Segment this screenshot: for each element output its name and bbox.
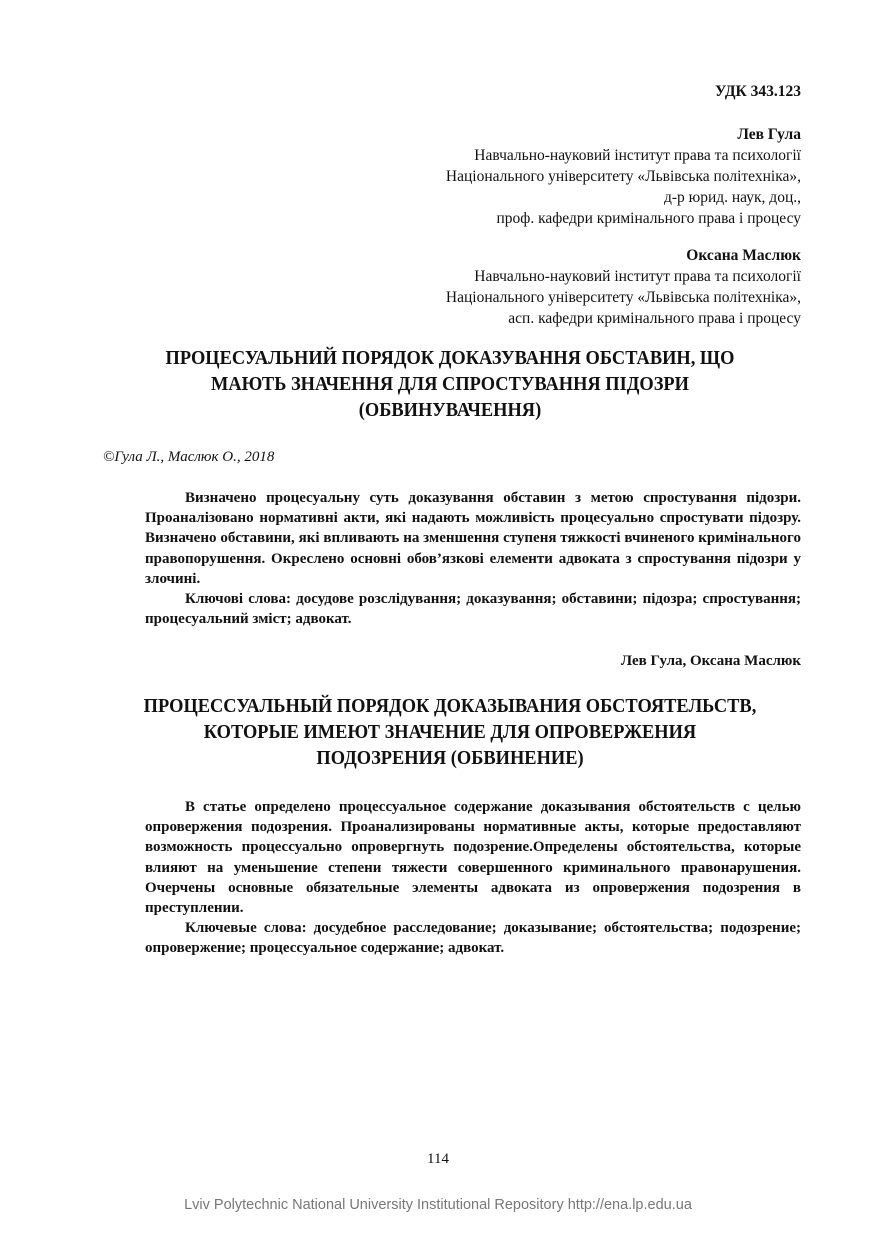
abstract-russian: В статье определено процессуальное содер… [145,797,801,959]
author-block-2: Оксана Маслюк Навчально-науковий інститу… [446,245,801,329]
abstract-ukrainian: Визначено процесуальну суть доказування … [145,488,801,629]
keywords: Ключові слова: досудове розслідування; д… [145,589,801,629]
repository-footer: Lviv Polytechnic National University Ins… [0,1197,876,1213]
page-number: 114 [0,1151,876,1168]
affiliation-line: асп. кафедри кримінального права і проце… [446,308,801,329]
title-line: КОТОРЫЕ ИМЕЮТ ЗНАЧЕНИЕ ДЛЯ ОПРОВЕРЖЕНИЯ [119,719,781,745]
affiliation-line: Навчально-науковий інститут права та пси… [446,145,801,166]
author-name: Оксана Маслюк [446,245,801,266]
article-title-ukrainian: ПРОЦЕСУАЛЬНИЙ ПОРЯДОК ДОКАЗУВАННЯ ОБСТАВ… [128,345,772,423]
title-line: (ОБВИНУВАЧЕННЯ) [128,397,772,423]
title-line: ПРОЦЕСУАЛЬНИЙ ПОРЯДОК ДОКАЗУВАННЯ ОБСТАВ… [128,345,772,371]
title-line: МАЮТЬ ЗНАЧЕННЯ ДЛЯ СПРОСТУВАННЯ ПІДОЗРИ [128,371,772,397]
affiliation-line: Національного університету «Львівська по… [446,287,801,308]
title-line: ПРОЦЕССУАЛЬНЫЙ ПОРЯДОК ДОКАЗЫВАНИЯ ОБСТО… [119,693,781,719]
udc-code: УДК 343.123 [715,83,801,101]
affiliation-line: Національного університету «Львівська по… [446,166,801,187]
copyright-notice: ©Гула Л., Маслюк О., 2018 [103,449,274,466]
document-page: УДК 343.123 Лев Гула Навчально-науковий … [0,0,876,1240]
title-line: ПОДОЗРЕНИЯ (ОБВИНЕНИЕ) [119,745,781,771]
author-block-1: Лев Гула Навчально-науковий інститут пра… [446,124,801,229]
authors-russian: Лев Гула, Оксана Маслюк [621,653,801,670]
affiliation-line: проф. кафедри кримінального права і проц… [446,208,801,229]
abstract-text: В статье определено процессуальное содер… [145,797,801,918]
affiliation-line: д-р юрид. наук, доц., [446,187,801,208]
keywords: Ключевые слова: досудебное расследование… [145,918,801,958]
author-name: Лев Гула [446,124,801,145]
abstract-text: Визначено процесуальну суть доказування … [145,488,801,589]
affiliation-line: Навчально-науковий інститут права та пси… [446,266,801,287]
article-title-russian: ПРОЦЕССУАЛЬНЫЙ ПОРЯДОК ДОКАЗЫВАНИЯ ОБСТО… [119,693,781,771]
